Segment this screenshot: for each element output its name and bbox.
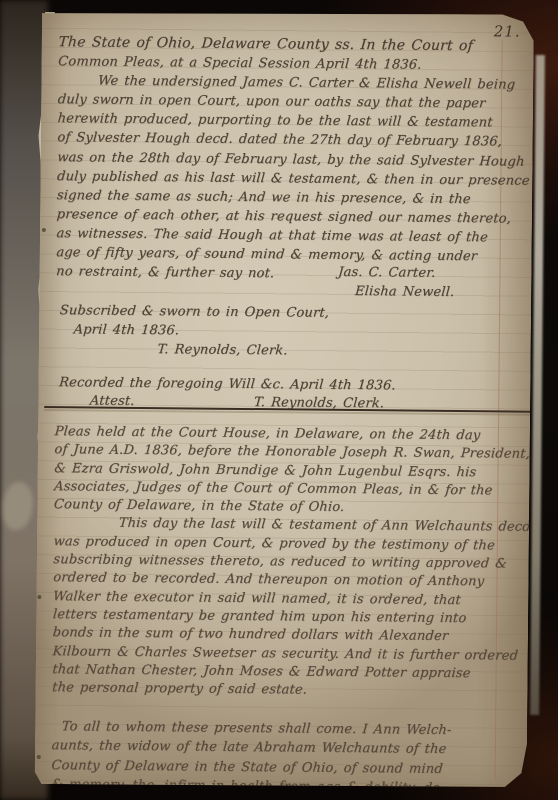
clerk-signature: T. Reynolds, Clerk. <box>157 340 287 360</box>
manuscript-line: April 4th 1836. <box>59 320 330 342</box>
jurat-block: Subscribed & sworn to in Open Court, Apr… <box>59 301 329 342</box>
witness-signature-2: Elisha Newell. <box>354 282 454 302</box>
ink-spot <box>37 595 41 599</box>
ink-spot <box>37 755 41 759</box>
manuscript-line: & memory, tho. infirm in health from age… <box>50 775 451 798</box>
ink-spot <box>42 228 46 232</box>
witness-signature-1: Jas. C. Carter. <box>337 263 435 283</box>
manuscript-line: no restraint, & further say not. <box>55 262 275 283</box>
manuscript-line: the personal property of said estate. <box>51 679 529 702</box>
entry1-closing: no restraint, & further say not. <box>55 260 273 283</box>
entry2-body: Pleas held at the Court House, in Delawa… <box>51 423 531 702</box>
manuscript-page: 21. The State of Ohio, Delaware County s… <box>35 10 534 789</box>
signature-text: Jas. C. Carter. <box>337 263 436 283</box>
manuscript-photo: 21. The State of Ohio, Delaware County s… <box>0 0 558 800</box>
entry3-body: To all to whom these presents shall come… <box>50 717 450 798</box>
signature-text: Elisha Newell. <box>354 282 455 302</box>
signature-text: T. Reynolds, Clerk. <box>157 340 289 360</box>
entry1-body: The State of Ohio, Delaware County ss. I… <box>56 33 531 267</box>
